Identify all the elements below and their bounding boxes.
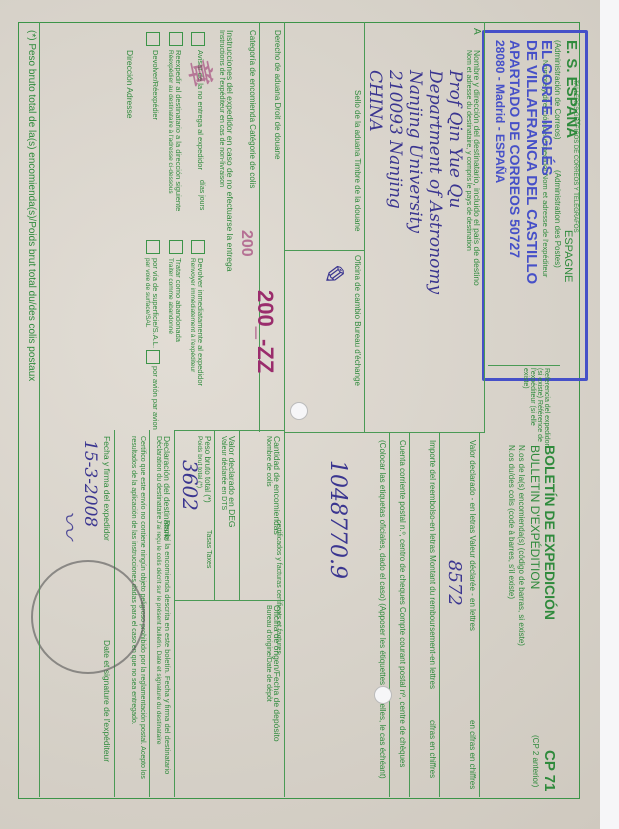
air-label: por avión par avion <box>151 366 160 430</box>
punch-hole <box>374 686 392 704</box>
barcode-label-es: N.os de la(s) encomienda(s) (código de b… <box>517 445 526 646</box>
footnote: (*) Peso bruto total de la(s) encomienda… <box>26 30 37 381</box>
instructions-label: Instrucciones del expedidor en caso de n… <box>225 30 235 271</box>
quantity-label-fr: Nombre de colis <box>265 436 272 487</box>
recipient-line4: 210093 Nanjing <box>385 70 405 209</box>
declared-value-figures: 8572 <box>444 560 465 606</box>
recipient-line3: Nanjing University <box>405 70 425 233</box>
form-code-note: (CP 2 anterior) <box>531 735 540 787</box>
punch-hole <box>290 402 308 420</box>
redirect-label-fr: Réexpédier au destinataire à l'adresse c… <box>167 50 174 194</box>
recipient-declaration-label-fr: Déclaration du destinataire <box>155 436 162 519</box>
address-label: Dirección Adresse <box>125 50 135 119</box>
cod-figures: 1048770.9 <box>325 460 350 579</box>
abandon-label-fr: Traiter comme abandonné <box>167 258 174 334</box>
cp71-form: E. S. ESPAÑA ESPAGNE (Administración de … <box>0 0 600 829</box>
purple-stamp-number: 200_-ZZ <box>252 290 278 373</box>
divider <box>174 430 175 797</box>
days-label: días jours <box>198 180 205 210</box>
labels-note: (Colocar las etiquetas oficiales, dado e… <box>378 440 387 779</box>
received-label: Recibí la encomienda descrita en este bo… <box>163 520 172 774</box>
recipient-label-es: Nombre y dirección del destinatario, inc… <box>472 50 482 286</box>
declared-value-label: Valor declarado - en letras Valeur décla… <box>468 440 477 631</box>
sender-sign-label: Fecha y firma del expedidor <box>102 436 112 541</box>
divider <box>39 22 40 797</box>
cod-label: Importe del reembolso-en letras Montant … <box>428 440 437 689</box>
recipient-label-fr: Nom et adresse du destinataire, y compri… <box>465 50 472 251</box>
sender-ref-label: Referencia del expedidor (si existe) Réf… <box>522 368 550 448</box>
recipient-line1: Prof Qin Yue Qu <box>445 70 465 208</box>
recipient-line2: Department of Astronomy <box>425 70 445 294</box>
return-checkbox[interactable] <box>191 240 205 254</box>
origin-office-label-fr: Bureau d'origine/Date de dépôt <box>265 605 272 702</box>
sdr-label-fr: Valeur déclarée en DTS <box>220 436 227 510</box>
surface-checkbox[interactable] <box>146 32 160 46</box>
sender-stamp-line1: EL CORTE INGLÉS <box>538 40 555 176</box>
account-label: Cuenta corriente postal n.º, centro de c… <box>398 440 407 767</box>
divider <box>285 432 485 433</box>
divider <box>149 430 150 797</box>
recipient-letter: A <box>471 28 482 35</box>
cod-figures-label: cifras en chiffres <box>428 720 437 778</box>
air-checkbox[interactable] <box>146 350 160 364</box>
divider <box>439 432 440 797</box>
surface-label: por vía de superficie/S.A.L. <box>151 258 160 348</box>
abandon-label: Tratar como abandonada <box>174 258 183 342</box>
surface-mail-checkbox[interactable] <box>146 240 160 254</box>
declared-value-figures-label: en cifras en chiffres <box>468 720 477 789</box>
sender-stamp-line4: 28080 - Madrid - ESPAÑA <box>493 40 507 183</box>
divider <box>214 430 215 600</box>
scan-margin <box>600 0 619 829</box>
gross-weight-label: Peso bruto total (*) <box>203 436 212 503</box>
return-label-fr: Renvoyer immédiatement à l'expéditeur <box>189 258 196 372</box>
sender-signature: 〰 <box>50 510 90 538</box>
sender-stamp-line2: DE VILLAFRANCA DEL CASTILLO <box>523 40 540 284</box>
sender-stamp-line3: APARTADO DE CORREOS 50727 <box>507 40 523 258</box>
form-code: CP 71 <box>541 750 558 791</box>
exchange-office-label: Oficina de cambio Bureau d'échange <box>353 255 362 386</box>
fees-label: Tasas Taxes <box>205 530 212 568</box>
divider <box>364 22 365 432</box>
customs-stamp-label: Sello de la aduana Timbre de la douane <box>353 90 362 231</box>
divider <box>175 600 285 601</box>
sdr-label: Valor declarado en DEG <box>227 436 237 528</box>
postmark-stamp <box>31 560 145 674</box>
purple-stamp-number-faint: 200 <box>237 230 255 257</box>
received-label-fr: J'ai reçu le colis décrit sur le présent… <box>155 520 162 745</box>
divider <box>284 22 285 797</box>
divider <box>175 430 285 431</box>
divider <box>285 250 365 251</box>
printer-imprint: TALLERES GRÁFICOS DE CORREOS Y TELÉGRAFO… <box>572 80 578 233</box>
divider <box>389 432 390 797</box>
barcode-label-fr: N.os du/des colis (code à barres, s'il e… <box>507 445 516 599</box>
redirect-checkbox[interactable] <box>169 32 183 46</box>
notify-checkbox[interactable] <box>191 32 205 46</box>
divider <box>239 430 240 600</box>
gross-weight-value: 3602 <box>178 460 202 511</box>
instructions-label-fr: Instructions de l'expéditeur en cas de n… <box>218 30 225 187</box>
return-options-label: Devolver/Réexpédier <box>151 50 160 120</box>
divider <box>488 365 560 366</box>
divider <box>484 22 485 432</box>
origin-office-label: Oficina de origen/Fecha de depósito <box>272 605 282 742</box>
category-label: Categoría de encomienda Catégorie de col… <box>248 30 257 188</box>
title-fr: BULLETIN D'EXPÉDITION <box>528 445 542 589</box>
divider <box>409 432 410 797</box>
title-es: BOLETÍN DE EXPEDICIÓN <box>542 445 558 620</box>
recipient-line5: CHINA <box>365 70 385 132</box>
abandon-checkbox[interactable] <box>169 240 183 254</box>
redirect-label: Reexpedir al destinatario a la dirección… <box>174 50 183 211</box>
surface-label-fr: par voie de surface/SAL <box>144 258 151 327</box>
admin-label-fr: (Administration des Postes) <box>553 170 562 268</box>
exchange-signature: ✎ <box>317 260 350 283</box>
country-fr: ESPAGNE <box>562 230 574 282</box>
return-label: Devolver inmediatamente al expedidor <box>196 258 205 386</box>
divider <box>479 432 480 797</box>
customs-duty-label: Derecho de aduana Droit de douane <box>273 30 282 159</box>
